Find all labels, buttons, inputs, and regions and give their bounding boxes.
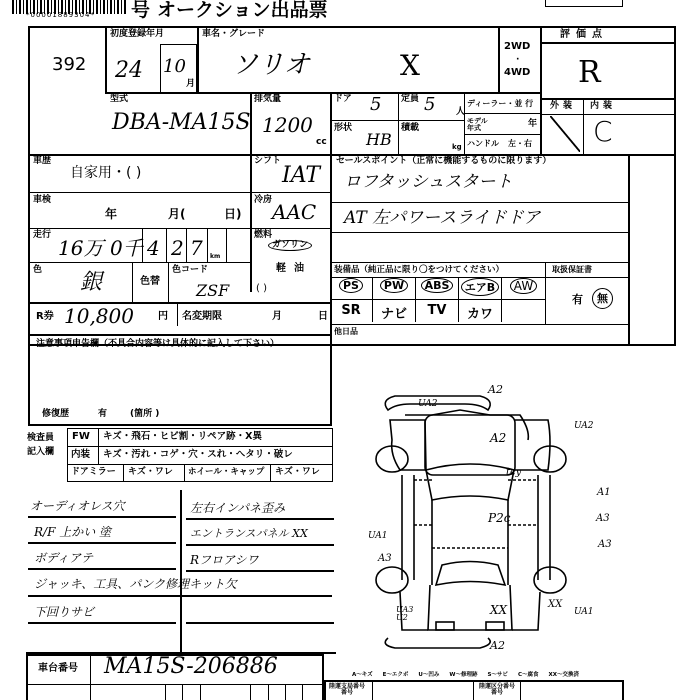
handle-label: ハンドル [467, 140, 499, 148]
inspector-fw-items[interactable]: キズ・飛石・ヒビ割・リペア跡・X異 [103, 432, 262, 442]
equip-navi[interactable]: ナビ [373, 300, 416, 322]
inspector-interior-items[interactable]: キズ・汚れ・コゲ・穴・スれ・へタリ・破レ [103, 450, 293, 460]
recycle-value: 10,800 [64, 306, 134, 326]
equip-ps[interactable]: PS [330, 278, 373, 300]
exterior-value-slash [550, 116, 580, 152]
equipment-label: 装備品（純正品に限り〇をつけてください） [334, 266, 504, 275]
notes-label: 注意事項申告欄（不具合内容等は具体的に記入して下さい） [36, 340, 279, 349]
usage-label: 車歴 [33, 157, 51, 166]
damage-legend: A～キズ E～エクボ U～凹み W～修理跡 S～サビ C～腐食 XX～交換済 [352, 670, 579, 678]
car-grade: X [400, 52, 420, 80]
fuel-other-paren: ( ) [256, 284, 267, 294]
displacement-value: 1200 [262, 115, 313, 135]
inspector-mirror: ドアミラー [71, 468, 116, 477]
usage-value[interactable]: 自家用・( ) [70, 166, 141, 180]
mileage-d1: 4 [147, 238, 160, 258]
mileage-sen: 0千 [110, 238, 143, 258]
equip-sr[interactable]: SR [330, 300, 373, 322]
weight-label: 積載 [401, 124, 419, 133]
mark-rear-glass: XX [490, 604, 507, 616]
repair-value[interactable]: 有 [98, 410, 107, 419]
mark-windshield: tcy [506, 468, 521, 478]
body-shape-value: HB [366, 132, 392, 148]
footer-box2-label: 陸運区分番号 番号 [476, 684, 518, 696]
mileage-unit: km [210, 254, 220, 260]
note-left-1: オーディオレス穴 [30, 500, 125, 512]
inspection-year-unit: 年 [105, 208, 117, 220]
equip-blank [502, 300, 545, 322]
shift-label: シフト [254, 157, 281, 166]
capacity-label: 定員 [401, 95, 419, 104]
inspection-month-unit: 月( [168, 208, 186, 220]
inspector-wheel-items[interactable]: キズ・ワレ [275, 468, 320, 477]
drive-4wd[interactable]: 4WD [504, 68, 530, 78]
interior-label: 内装 [590, 102, 616, 111]
chassis-value: MA15S-206886 [104, 656, 278, 678]
inspector-fw: FW [72, 432, 90, 442]
note-right-3: Rフロアシワ [190, 554, 259, 566]
model-year-label: モデル年式 [467, 118, 491, 132]
manual-yes[interactable]: 有 [572, 294, 583, 305]
mark-right-rear: UA1 [574, 608, 594, 617]
mark-right-side-2: A3 [596, 514, 610, 524]
barcode-number: *00001889304* [26, 12, 95, 19]
mileage-d3: 7 [190, 238, 203, 258]
displacement-label: 排気量 [254, 95, 281, 104]
notes-divider [180, 490, 182, 655]
sales-point-1: ロフタッシュスタート [344, 174, 512, 191]
mileage-d2: 2 [171, 238, 184, 258]
legend-a: A～キズ [352, 670, 373, 678]
aircon-value: AAC [272, 202, 316, 222]
registration-month: 10 [163, 58, 186, 76]
mileage-man: 16万 [58, 238, 103, 258]
mark-left-front-fender: UA2 [418, 400, 438, 409]
equip-airbag[interactable]: エアB [459, 278, 502, 300]
interior-value: C [593, 118, 613, 146]
expiry-day: 日 [318, 312, 328, 322]
mark-roof: P2c [488, 512, 510, 524]
equip-tv[interactable]: TV [416, 300, 459, 322]
model-value: DBA-MA15S [112, 112, 251, 134]
color-change-label: 色替 [140, 277, 160, 287]
doors-label: ドア [334, 95, 352, 104]
expiry-label: 名変期限 [182, 312, 222, 322]
score-label: 評価点 [560, 30, 608, 40]
equip-aw[interactable]: AW [502, 278, 545, 300]
car-name: ソリオ [232, 52, 310, 78]
doors-value: 5 [370, 96, 381, 114]
mark-right-side-3: A3 [598, 540, 612, 550]
equipment-grid: PS PW ABS エアB AW SR ナビ TV カワ [330, 278, 545, 324]
registration-year: 24 [115, 60, 143, 82]
recycle-unit: 円 [158, 312, 168, 322]
mark-right-front-fender: UA2 [574, 422, 594, 431]
equip-leather[interactable]: カワ [459, 300, 502, 322]
aircon-label: 冷房 [254, 196, 272, 205]
lot-number: 392 [52, 56, 86, 74]
score-value: R [578, 58, 601, 88]
color-code-value: ZSF [196, 283, 229, 299]
inspection-day-unit: 日) [224, 208, 242, 220]
legend-w: W～修理跡 [449, 670, 477, 678]
mileage-label: 走行 [33, 231, 51, 240]
displacement-unit: cc [316, 138, 327, 147]
body-shape-label: 形状 [334, 124, 352, 133]
manual-no[interactable]: 無 [592, 288, 613, 309]
handle-options[interactable]: 左・右 [508, 140, 532, 148]
inspection-label: 車検 [33, 196, 51, 205]
footer-box1-label: 陸運支局番号 番号 [327, 684, 367, 696]
note-left-3: ボディアテ [34, 552, 93, 564]
color-code-label: 色コード [172, 266, 208, 275]
mark-right-side-1: A1 [597, 488, 611, 498]
car-name-label: 車名・グレード [202, 30, 265, 39]
registration-label: 初度登録年月 [110, 30, 164, 39]
weight-unit: kg [452, 144, 462, 151]
repair-location: (箇所 ) [130, 410, 159, 419]
sales-points-label: セールスポイント（正常に機能するものに限ります） [336, 157, 551, 166]
note-left-5: 下回りサビ [34, 606, 94, 618]
equip-pw[interactable]: PW [373, 278, 416, 300]
legend-c: C～腐食 [518, 670, 539, 678]
shift-value: IAT [282, 165, 320, 187]
fuel-selected[interactable]: ガソリン [268, 240, 312, 251]
legend-u: U～凹み [418, 670, 439, 678]
inspector-label-1: 検査員 [27, 434, 54, 443]
recycle-label: R券 [36, 312, 54, 322]
inspector-interior: 内装 [71, 450, 90, 460]
color-value: 銀 [80, 272, 102, 294]
chassis-label: 車台番号 [38, 664, 78, 674]
page-title: オークション出品票 [157, 1, 328, 20]
color-label: 色 [33, 266, 42, 275]
fuel-diesel[interactable]: 軽油 [276, 264, 312, 274]
extra-items-label: 他日品 [334, 328, 358, 336]
sales-point-2: AT 左パワースライドドア [344, 210, 540, 227]
inspector-label-2: 記入欄 [27, 448, 54, 457]
mark-left-rear: UA3 U2 [396, 606, 416, 622]
mark-rear-right: XX [548, 600, 562, 610]
month-unit: 月 [186, 80, 195, 89]
manual-label: 取扱保証書 [552, 266, 592, 274]
legend-xx: XX～交換済 [548, 670, 578, 678]
corner-box [545, 0, 623, 7]
repair-label: 修復歴 [42, 410, 69, 419]
model-label: 型式 [110, 95, 128, 104]
note-left-4: ジャッキ、工具、パンク修理キット欠 [34, 578, 237, 590]
inspector-wheel: ホイール・キャップ [188, 468, 264, 477]
mark-hood: A2 [490, 432, 506, 444]
legend-s: S～サビ [487, 670, 507, 678]
note-right-2: エントランスパネル XX [190, 528, 308, 539]
note-right-1: 左右インパネ歪み [190, 502, 285, 514]
mark-left-side-2: A3 [378, 554, 392, 564]
note-left-2: R/F 上かい 塗 [34, 526, 111, 538]
exterior-label: 外装 [550, 102, 576, 111]
inspector-mirror-items[interactable]: キズ・ワレ [128, 468, 173, 477]
fuel-label: 燃料 [254, 231, 272, 240]
model-year-unit: 年 [528, 120, 537, 129]
equip-abs[interactable]: ABS [416, 278, 459, 300]
mark-rear-bumper: A2 [490, 640, 505, 651]
expiry-month: 月 [272, 312, 282, 322]
fuel-gasoline-circled: ガソリン [268, 240, 312, 251]
dealer-label[interactable]: ディーラー・並 行 [467, 100, 533, 108]
mark-left-side: UA1 [368, 532, 388, 541]
mark-front-bumper: A2 [488, 384, 503, 395]
capacity-value: 5 [424, 96, 435, 114]
title-prefix: 号 [131, 1, 150, 20]
drive-2wd[interactable]: 2WD [504, 42, 530, 52]
footer-box [324, 680, 624, 700]
legend-e: E～エクボ [383, 670, 409, 678]
